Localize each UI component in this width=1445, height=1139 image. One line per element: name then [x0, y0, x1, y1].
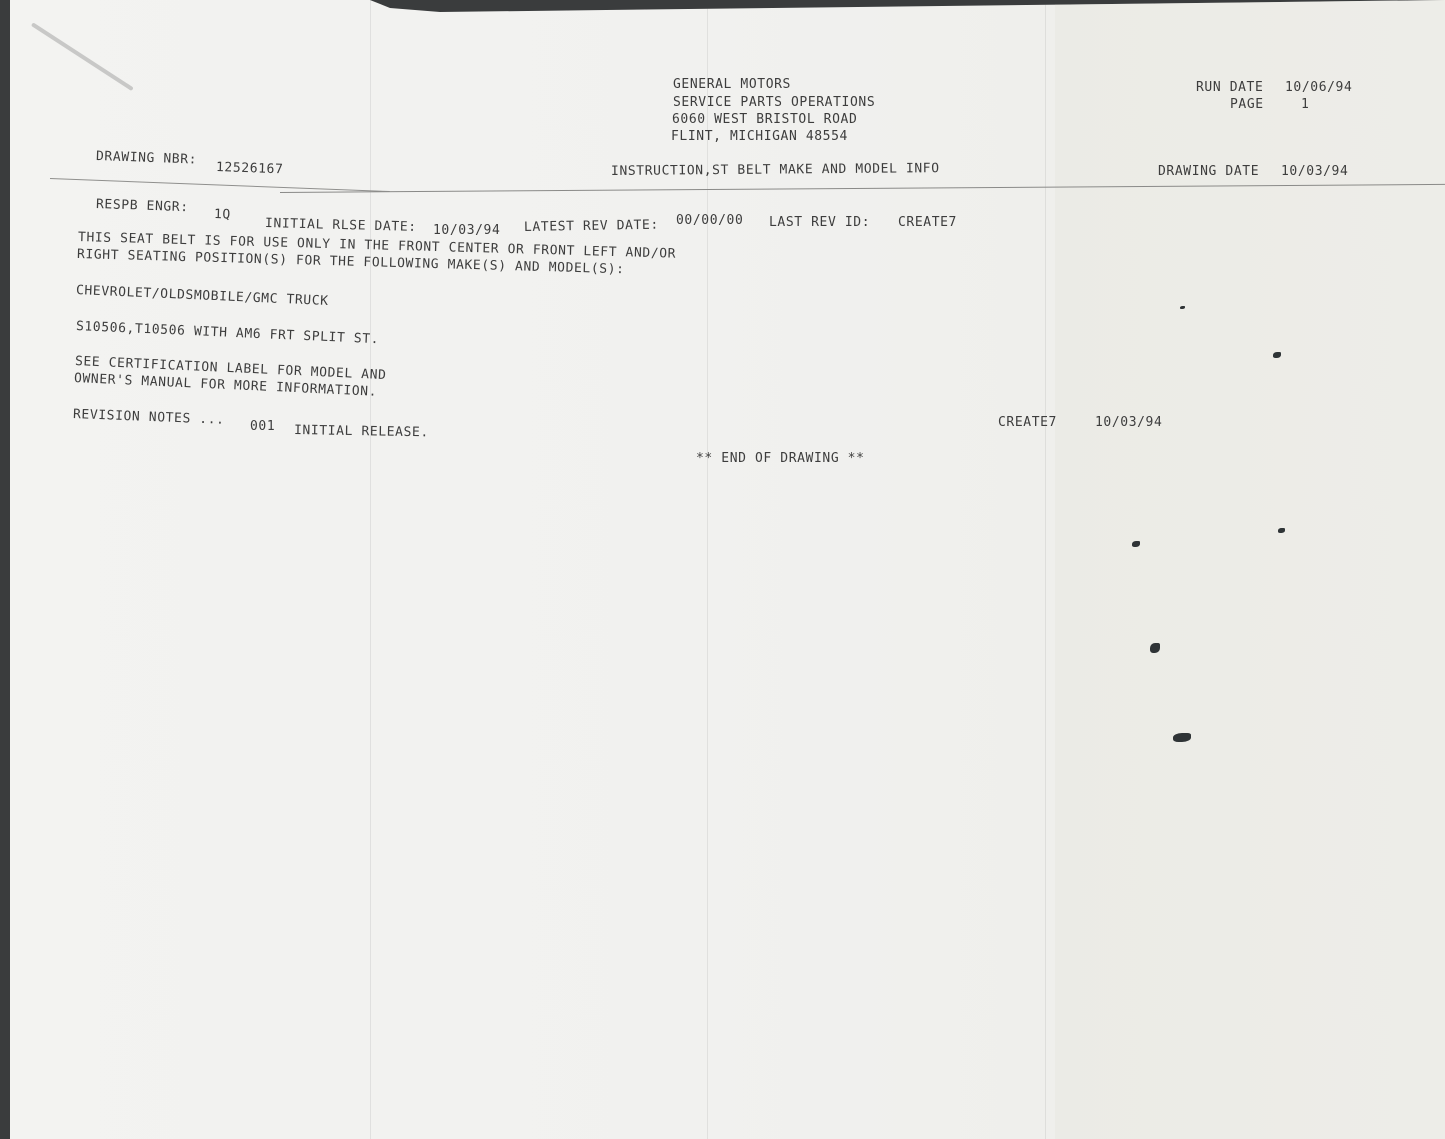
drawing-date-value: 10/03/94	[1281, 163, 1348, 180]
paper-hole	[1132, 541, 1140, 547]
page-number: 1	[1301, 96, 1309, 113]
pencil-mark	[31, 22, 134, 91]
run-date-label: RUN DATE	[1196, 79, 1263, 96]
last-rev-id-label: LAST REV ID:	[769, 214, 870, 231]
revision-notes-label: REVISION NOTES ...	[73, 406, 225, 429]
header-rule-left	[50, 178, 390, 192]
latest-rev-label: LATEST REV DATE:	[524, 217, 659, 236]
revision-date: 10/03/94	[1095, 414, 1162, 431]
company-division: SERVICE PARTS OPERATIONS	[673, 94, 875, 111]
respb-engr-label: RESPB ENGR:	[96, 196, 189, 216]
page-label: PAGE	[1230, 96, 1264, 113]
latest-rev-date: 00/00/00	[676, 212, 743, 229]
vehicle-makes: CHEVROLET/OLDSMOBILE/GMC TRUCK	[76, 282, 329, 310]
fold-line	[1045, 0, 1046, 1139]
fold-line	[370, 0, 371, 1139]
revision-id: CREATE7	[998, 414, 1057, 431]
company-name: GENERAL MOTORS	[673, 76, 791, 93]
run-date-value: 10/06/94	[1285, 79, 1352, 96]
initial-release-date: 10/03/94	[433, 222, 500, 239]
document-title: INSTRUCTION,ST BELT MAKE AND MODEL INFO	[611, 160, 940, 180]
drawing-number: 12526167	[216, 159, 284, 178]
paper-hole	[1173, 733, 1191, 742]
paper-hole	[1180, 306, 1185, 309]
initial-release-label: INITIAL RLSE DATE:	[265, 215, 417, 236]
paper-hole	[1273, 352, 1281, 358]
drawing-number-label: DRAWING NBR:	[96, 148, 198, 169]
company-city: FLINT, MICHIGAN 48554	[671, 128, 848, 145]
revision-text: INITIAL RELEASE.	[294, 422, 429, 441]
printed-document-sheet: GENERAL MOTORS SERVICE PARTS OPERATIONS …	[10, 0, 1445, 1139]
revision-number: 001	[250, 418, 275, 435]
respb-engr-value: 1Q	[214, 206, 231, 224]
paper-hole	[1278, 528, 1285, 533]
company-street: 6060 WEST BRISTOL ROAD	[672, 111, 857, 128]
vehicle-models: S10506,T10506 WITH AM6 FRT SPLIT ST.	[76, 318, 380, 348]
end-of-drawing-marker: ** END OF DRAWING **	[696, 450, 865, 467]
last-rev-id-value: CREATE7	[898, 214, 957, 231]
paper-hole	[1150, 643, 1160, 653]
drawing-date-label: DRAWING DATE	[1158, 163, 1259, 180]
